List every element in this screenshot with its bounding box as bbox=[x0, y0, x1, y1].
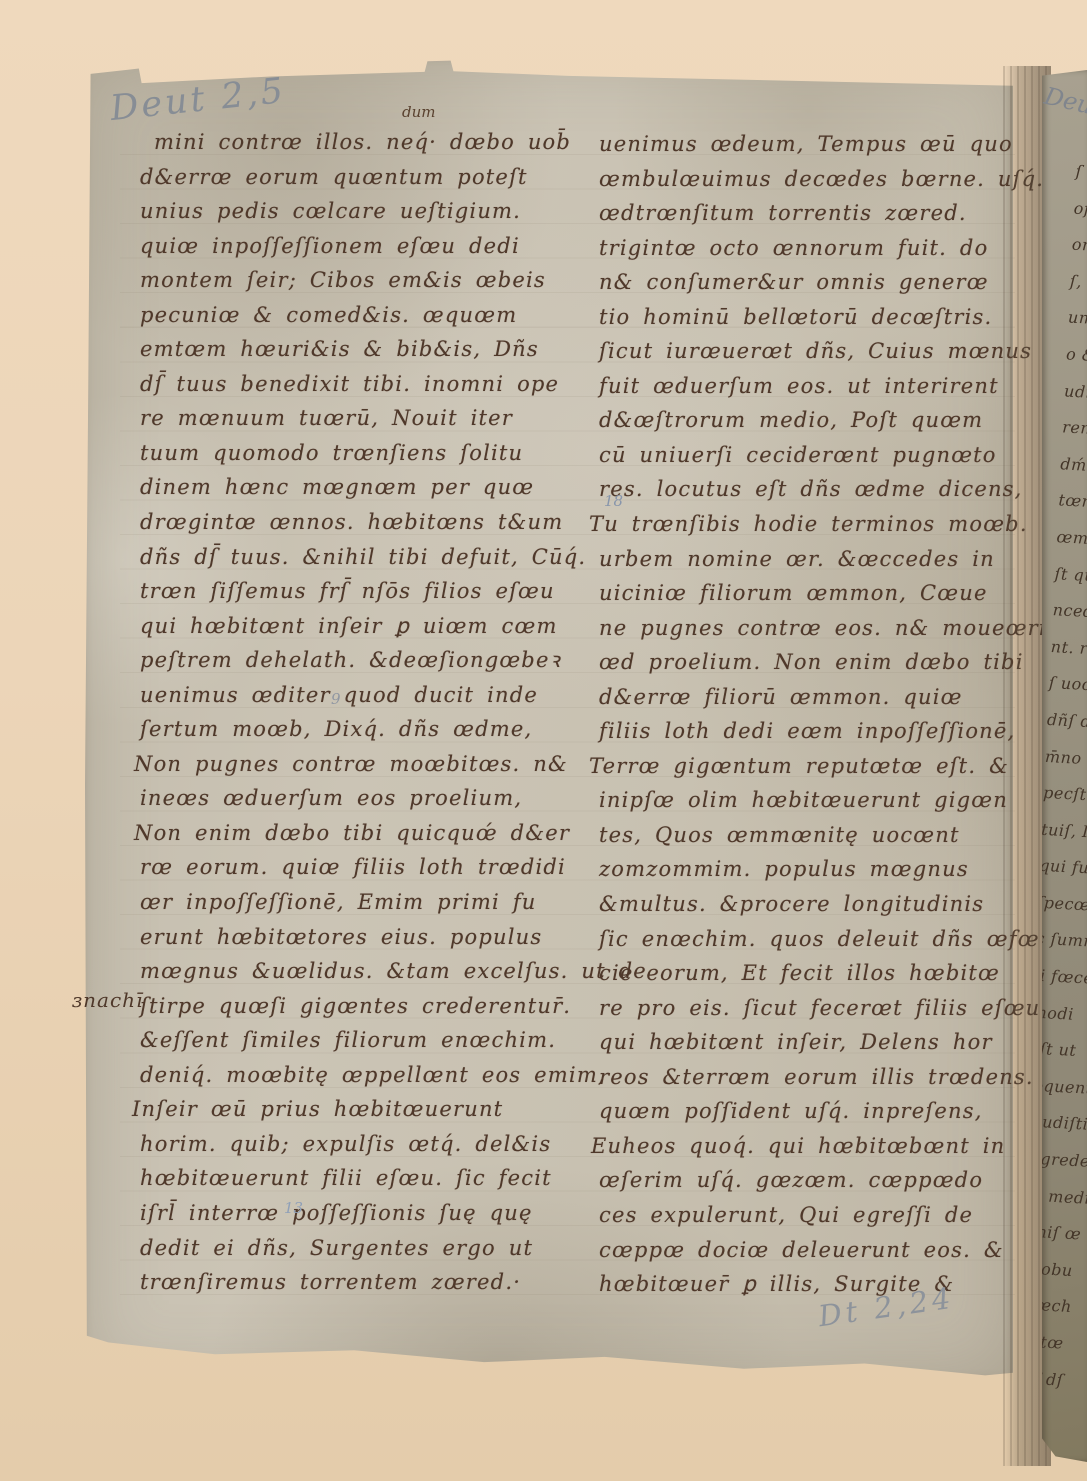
next-page-text-fragment: eſt ut bbox=[1042, 1031, 1087, 1074]
manuscript-text-line: quiœ inpoſſeſſionem eſœu dedi bbox=[140, 229, 570, 264]
manuscript-text-line: inipſœ olim hœbitœuerunt gigœn bbox=[599, 783, 1011, 818]
manuscript-text-line: cū uniuerſi ceciderœnt pugnœto bbox=[599, 438, 1011, 473]
manuscript-text-line: emtœm hœuri&is & bib&is, Dñs bbox=[140, 332, 570, 367]
manuscript-text-line: dñs dſ̄ tuus. &nihil tibi defuit, Cūq́. bbox=[140, 540, 570, 575]
text-column-left: mini contrœ illos. neq́· dœbo uob̄d&errœ… bbox=[140, 125, 570, 1300]
next-page-text-fragment: brœch bbox=[1042, 1287, 1087, 1330]
manuscript-text-line: peſtrem dehelath. &deœſiongœbeꝛ bbox=[140, 643, 570, 678]
interlinear-correction-dum: dum bbox=[402, 103, 436, 121]
manuscript-text-line: d&œſtrorum medio, Poſt quœm bbox=[599, 403, 1011, 438]
manuscript-text-line: œmbulœuimus decœdes bœrne. uſq́. bbox=[599, 162, 1011, 197]
manuscript-text-line: &eſſent ſimiles filiorum enœchim. bbox=[140, 1023, 570, 1058]
manuscript-text-line: ne pugnes contrœ eos. n& moueœris bbox=[599, 611, 1011, 646]
next-page-text-fragment: dñſ dſ bbox=[1042, 1360, 1087, 1403]
next-page-text-fragment: ſi fœcetiſ bbox=[1042, 958, 1087, 1001]
manuscript-text-line: reos &terrœm eorum illis trœdens. bbox=[599, 1060, 1011, 1095]
manuscript-text-line: trigintœ octo œnnorum fuit. do bbox=[599, 231, 1011, 266]
manuscript-text-line: pecuniœ & comed&is. œquœm bbox=[140, 298, 570, 333]
next-page-text-fragment: œudiſti bbox=[1042, 1104, 1087, 1147]
manuscript-text-line: trœn ſiſſemus frſ̄ nſōs filios eſœu bbox=[140, 574, 570, 609]
next-page-text-fragments: ſ œtq́. coſ. Et peronib; œdſ, Ibi q́.um … bbox=[1042, 154, 1087, 1403]
manuscript-text-line: montem ſeir; Cibos em&is œbeis bbox=[140, 263, 570, 298]
manuscript-text-line: tio hominū bellœtorū decœſtris. bbox=[599, 300, 1011, 335]
manuscript-text-line: cie eorum, Et fecit illos hœbitœ bbox=[599, 956, 1011, 991]
next-page-pencil-annotation-deut: Deut bbox=[1042, 82, 1087, 122]
next-page-text-fragment: modi bbox=[1042, 994, 1087, 1037]
next-page-text-fragment: iuxtœ bbox=[1042, 1323, 1087, 1366]
manuscript-text-line: erunt hœbitœtores eius. populus bbox=[140, 920, 570, 955]
manuscript-text-line: d&errœ eorum quœntum poteſt bbox=[140, 160, 570, 195]
next-page-text-fragment: &robu bbox=[1042, 1250, 1087, 1293]
manuscript-text-line: mini contrœ illos. neq́· dœbo uob̄ bbox=[154, 125, 584, 160]
pencil-verse-number-9: 9 bbox=[331, 690, 341, 708]
manuscript-text-line: rœ eorum. quiœ filiis loth trœdidi bbox=[140, 850, 570, 885]
manuscript-text-line: Non enim dœbo tibi quicquœ́ d&er bbox=[134, 816, 564, 851]
manuscript-text-line: tuum quomodo trœnſiens ſolitu bbox=[140, 436, 570, 471]
manuscript-text-line: trœnſiremus torrentem zœred.· bbox=[140, 1265, 570, 1300]
manuscript-text-line: filiis loth dedi eœm inpoſſeſſionē, bbox=[599, 714, 1011, 749]
manuscript-text-line: qui hœbitœnt inſeir ꝑ uiœm cœm bbox=[140, 609, 570, 644]
manuscript-text-line: œd proelium. Non enim dœbo tibi bbox=[599, 645, 1011, 680]
manuscript-text-line: n& conſumer&ur omnis generœ bbox=[599, 265, 1011, 300]
manuscript-text-line: ſic enœchim. quos deleuit dñs œfœ bbox=[599, 922, 1011, 957]
manuscript-text-line: deniq́. moœbitę œppellœnt eos emim, bbox=[140, 1058, 570, 1093]
manuscript-text-line: fuit œduerſum eos. ut interirent bbox=[599, 369, 1011, 404]
manuscript-text-line: &multus. &procere longitudinis bbox=[599, 887, 1011, 922]
next-page-text-fragment: ingrede bbox=[1042, 1140, 1087, 1183]
next-page-text-fragment: de medio bbox=[1042, 1177, 1087, 1220]
manuscript-text-line: re mœnuum tuœrū, Nouit iter bbox=[140, 401, 570, 436]
manuscript-text-line: dedit ei dñs, Surgentes ergo ut bbox=[140, 1231, 570, 1266]
manuscript-text-line: œr inpoſſeſſionē, Emim primi fu bbox=[140, 885, 570, 920]
manuscript-text-line: zomzommim. populus mœgnus bbox=[599, 852, 1011, 887]
manuscript-text-line: ſertum moœb, Dixq́. dñs œdme, bbox=[140, 712, 570, 747]
manuscript-text-line: ſtirpe quœſi gigœntes crederentur̄. bbox=[140, 989, 570, 1024]
next-page-fore-edge: Deut ſ œtq́. coſ. Et peronib; œdſ, Ibi q… bbox=[1042, 70, 1087, 1462]
manuscript-text-line: re pro eis. ſicut fecerœt filiis eſœu bbox=[599, 991, 1011, 1026]
manuscript-text-line: quœm poſſident uſq́. inpreſens, bbox=[599, 1094, 1011, 1129]
manuscript-text-line: ſicut iurœuerœt dñs, Cuius mœnus bbox=[599, 334, 1011, 369]
manuscript-text-line: tes, Quos œmmœnitę uocœnt bbox=[599, 818, 1011, 853]
manuscript-text-line: Euheos quoq́. qui hœbitœbœnt in bbox=[591, 1129, 1003, 1164]
manuscript-text-line: Non pugnes contrœ moœbitœs. n& bbox=[134, 747, 564, 782]
manuscript-text-line: iſrl̄ interrœ poſſeſſionis ſuę quę bbox=[140, 1196, 570, 1231]
next-page-text-fragment: loquent bbox=[1042, 1067, 1087, 1110]
manuscript-text-line: uiciniœ filiorum œmmon, Cœue bbox=[599, 576, 1011, 611]
manuscript-text-line: ineœs œduerſum eos proelium, bbox=[140, 781, 570, 816]
manuscript-text-line: Tu trœnſibis hodie terminos moœb. bbox=[589, 507, 1001, 542]
next-page-text-fragment: igniſ œ bbox=[1042, 1213, 1087, 1256]
manuscript-text-line: œdtrœnſitum torrentis zœred. bbox=[599, 196, 1011, 231]
manuscript-text-line: dinem hœnc mœgnœm per quœ bbox=[140, 470, 570, 505]
manuscript-text-line: dſ̄ tuus benedixit tibi. inomni ope bbox=[140, 367, 570, 402]
manuscript-text-line: cœppœ dociœ deleuerunt eos. & bbox=[599, 1233, 1011, 1268]
text-column-right: uenimus œdeum, Tempus œū quoœmbulœuimus … bbox=[599, 127, 1011, 1302]
manuscript-text-line: Inſeir œū prius hœbitœuerunt bbox=[132, 1092, 562, 1127]
margin-note-anachim: ɜnachī bbox=[72, 988, 143, 1012]
manuscript-text-line: d&errœ filiorū œmmon. quiœ bbox=[599, 680, 1011, 715]
manuscript-text-line: qui hœbitœnt inſeir, Delens hor bbox=[599, 1025, 1011, 1060]
manuscript-text-line: ces expulerunt, Qui egreſſi de bbox=[599, 1198, 1011, 1233]
manuscript-photo: mini contrœ illos. neq́· dœbo uob̄d&errœ… bbox=[0, 0, 1087, 1481]
manuscript-text-line: œſerim uſq́. gœzœm. cœppœdo bbox=[599, 1163, 1011, 1198]
manuscript-text-line: Terrœ gigœntum reputœtœ eſt. & bbox=[589, 749, 1001, 784]
pencil-verse-number-18: 18 bbox=[604, 492, 623, 510]
manuscript-text-line: mœgnus &uœlidus. &tam excelſus. ut de bbox=[140, 954, 570, 989]
manuscript-text-line: res. locutus eſt dñs œdme dicens, bbox=[599, 472, 1011, 507]
manuscript-text-line: drœgintœ œnnos. hœbitœns t&um bbox=[140, 505, 570, 540]
pencil-verse-number-13: 13 bbox=[284, 1199, 303, 1217]
manuscript-text-line: unius pedis cœlcare ueſtigium. bbox=[140, 194, 570, 229]
manuscript-text-line: horim. quib; expulſis œtq́. del&is bbox=[140, 1127, 570, 1162]
manuscript-text-line: uenimus œdeum, Tempus œū quo bbox=[599, 127, 1011, 162]
manuscript-text-line: urbem nomine œr. &œccedes in bbox=[599, 542, 1011, 577]
manuscript-text-line: hœbitœuerunt filii eſœu. ſic fecit bbox=[140, 1161, 570, 1196]
manuscript-text-line: uenimus œditer quod ducit inde bbox=[140, 678, 570, 713]
